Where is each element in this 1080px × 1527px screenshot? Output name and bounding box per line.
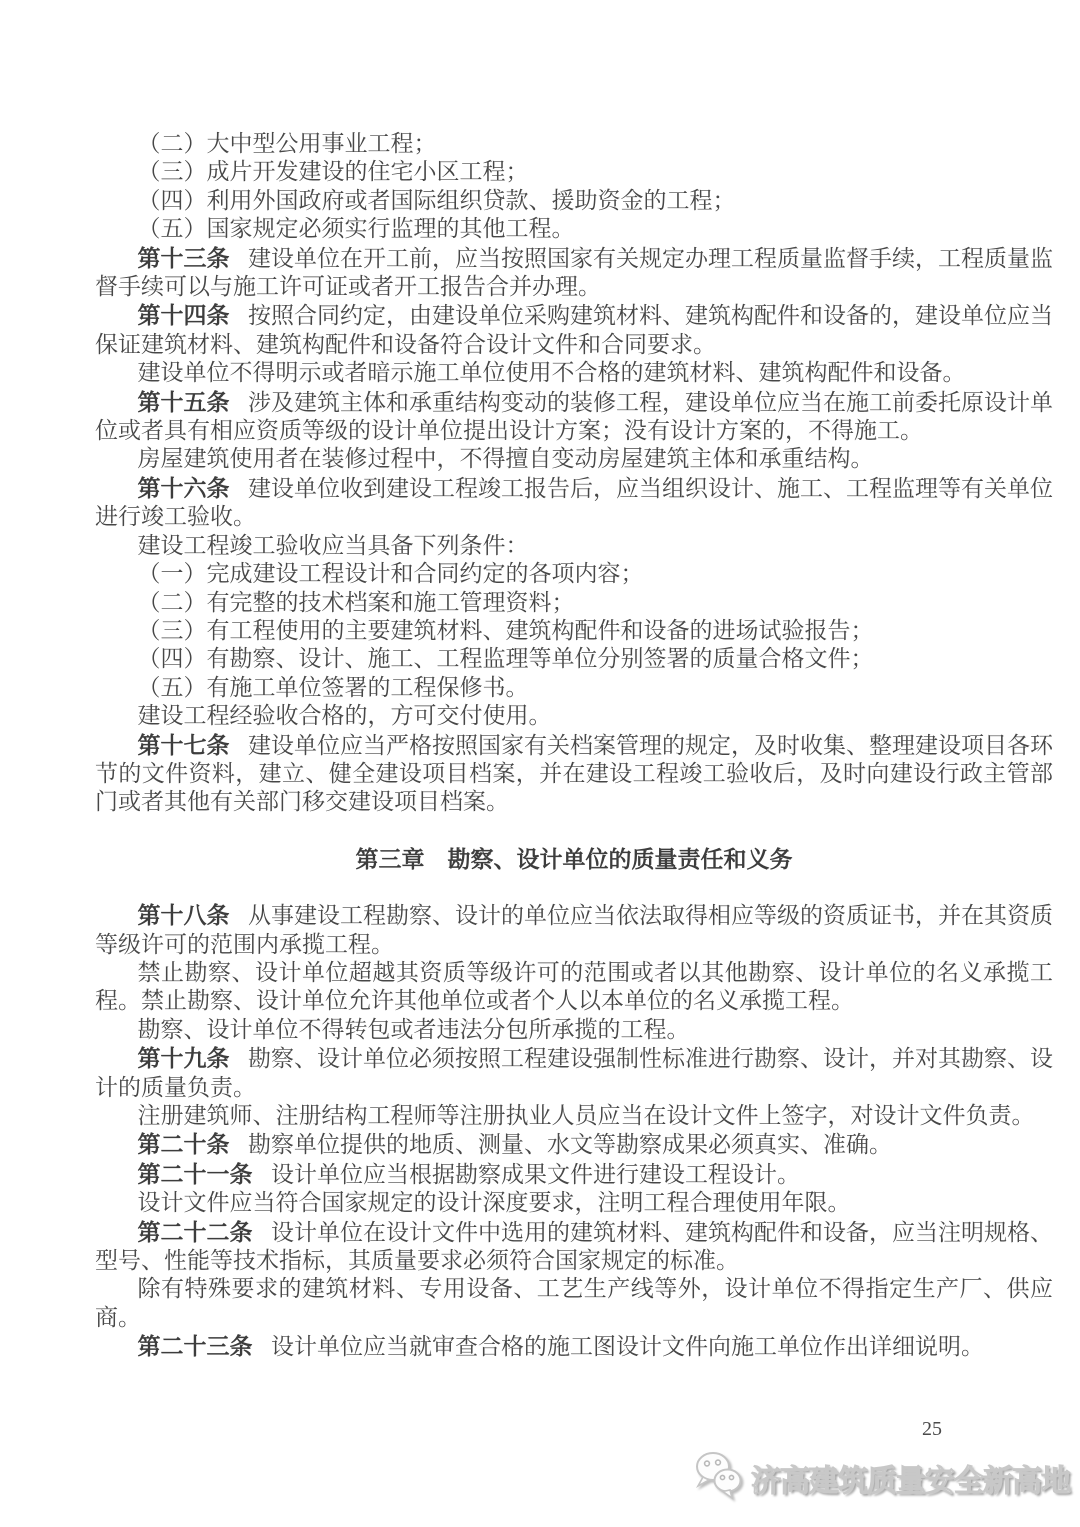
list-item: （一）完成建设工程设计和合同约定的各项内容； — [95, 560, 1053, 588]
document-content: （二）大中型公用事业工程；（三）成片开发建设的住宅小区工程；（四）利用外国政府或… — [95, 130, 1053, 1362]
list-item: （二）有完整的技术档案和施工管理资料； — [95, 589, 1053, 617]
page-number: 25 — [922, 1418, 942, 1441]
body-paragraph: 建设工程经验收合格的，方可交付使用。 — [95, 702, 1053, 730]
article-number: 第十三条 — [138, 245, 230, 271]
article-number: 第二十三条 — [138, 1333, 253, 1359]
body-paragraph: 除有特殊要求的建筑材料、专用设备、工艺生产线等外，设计单位不得指定生产厂、供应商… — [95, 1275, 1053, 1332]
body-paragraph: 注册建筑师、注册结构工程师等注册执业人员应当在设计文件上签字，对设计文件负责。 — [95, 1102, 1053, 1130]
body-paragraph: 勘察、设计单位不得转包或者违法分包所承揽的工程。 — [95, 1016, 1053, 1044]
article-paragraph: 第十六条建设单位收到建设工程竣工报告后，应当组织设计、施工、工程监理等有关单位进… — [95, 474, 1053, 532]
body-paragraph: 禁止勘察、设计单位超越其资质等级许可的范围或者以其他勘察、设计单位的名义承揽工程… — [95, 959, 1053, 1016]
document-page: （二）大中型公用事业工程；（三）成片开发建设的住宅小区工程；（四）利用外国政府或… — [0, 0, 1080, 1527]
article-number: 第二十二条 — [138, 1219, 253, 1245]
article-paragraph: 第十三条建设单位在开工前，应当按照国家有关规定办理工程质量监督手续，工程质量监督… — [95, 244, 1053, 302]
body-paragraph: 建设单位不得明示或者暗示施工单位使用不合格的建筑材料、建筑构配件和设备。 — [95, 359, 1053, 387]
article-number: 第十九条 — [138, 1045, 230, 1071]
article-number: 第十六条 — [138, 475, 230, 501]
article-paragraph: 第十七条建设单位应当严格按照国家有关档案管理的规定，及时收集、整理建设项目各环节… — [95, 731, 1053, 817]
article-paragraph: 第二十二条设计单位在设计文件中选用的建筑材料、建筑构配件和设备，应当注明规格、型… — [95, 1218, 1053, 1276]
article-paragraph: 第十九条勘察、设计单位必须按照工程建设强制性标准进行勘察、设计，并对其勘察、设计… — [95, 1044, 1053, 1102]
list-item: （二）大中型公用事业工程； — [95, 130, 1053, 158]
article-paragraph: 第十八条从事建设工程勘察、设计的单位应当依法取得相应等级的资质证书，并在其资质等… — [95, 901, 1053, 959]
article-number: 第二十一条 — [138, 1161, 253, 1187]
list-item: （五）有施工单位签署的工程保修书。 — [95, 674, 1053, 702]
article-number: 第二十条 — [138, 1131, 230, 1157]
watermark-text: 济高建筑质量安全新高地 — [751, 1456, 1070, 1500]
article-paragraph: 第二十一条设计单位应当根据勘察成果文件进行建设工程设计。 — [95, 1160, 1053, 1189]
body-paragraph: 房屋建筑使用者在装修过程中，不得擅自变动房屋建筑主体和承重结构。 — [95, 445, 1053, 473]
article-paragraph: 第二十条勘察单位提供的地质、测量、水文等勘察成果必须真实、准确。 — [95, 1130, 1053, 1159]
list-item: （四）有勘察、设计、施工、工程监理等单位分别签署的质量合格文件； — [95, 645, 1053, 673]
article-number: 第十八条 — [138, 902, 230, 928]
body-paragraph: 建设工程竣工验收应当具备下列条件： — [95, 532, 1053, 560]
list-item: （三）有工程使用的主要建筑材料、建筑构配件和设备的进场试验报告； — [95, 617, 1053, 645]
wechat-icon — [694, 1450, 744, 1505]
chapter-heading: 第三章 勘察、设计单位的质量责任和义务 — [95, 845, 1053, 873]
body-paragraph: 设计文件应当符合国家规定的设计深度要求，注明工程合理使用年限。 — [95, 1189, 1053, 1217]
article-number: 第十四条 — [138, 302, 230, 328]
article-number: 第十五条 — [138, 389, 230, 415]
list-item: （五）国家规定必须实行监理的其他工程。 — [95, 215, 1053, 243]
article-paragraph: 第二十三条设计单位应当就审查合格的施工图设计文件向施工单位作出详细说明。 — [95, 1332, 1053, 1361]
watermark: 济高建筑质量安全新高地 — [694, 1450, 1070, 1505]
list-item: （四）利用外国政府或者国际组织贷款、援助资金的工程； — [95, 187, 1053, 215]
article-number: 第十七条 — [138, 732, 230, 758]
article-paragraph: 第十四条按照合同约定，由建设单位采购建筑材料、建筑构配件和设备的，建设单位应当保… — [95, 301, 1053, 359]
article-paragraph: 第十五条涉及建筑主体和承重结构变动的装修工程，建设单位应当在施工前委托原设计单位… — [95, 388, 1053, 446]
list-item: （三）成片开发建设的住宅小区工程； — [95, 158, 1053, 186]
